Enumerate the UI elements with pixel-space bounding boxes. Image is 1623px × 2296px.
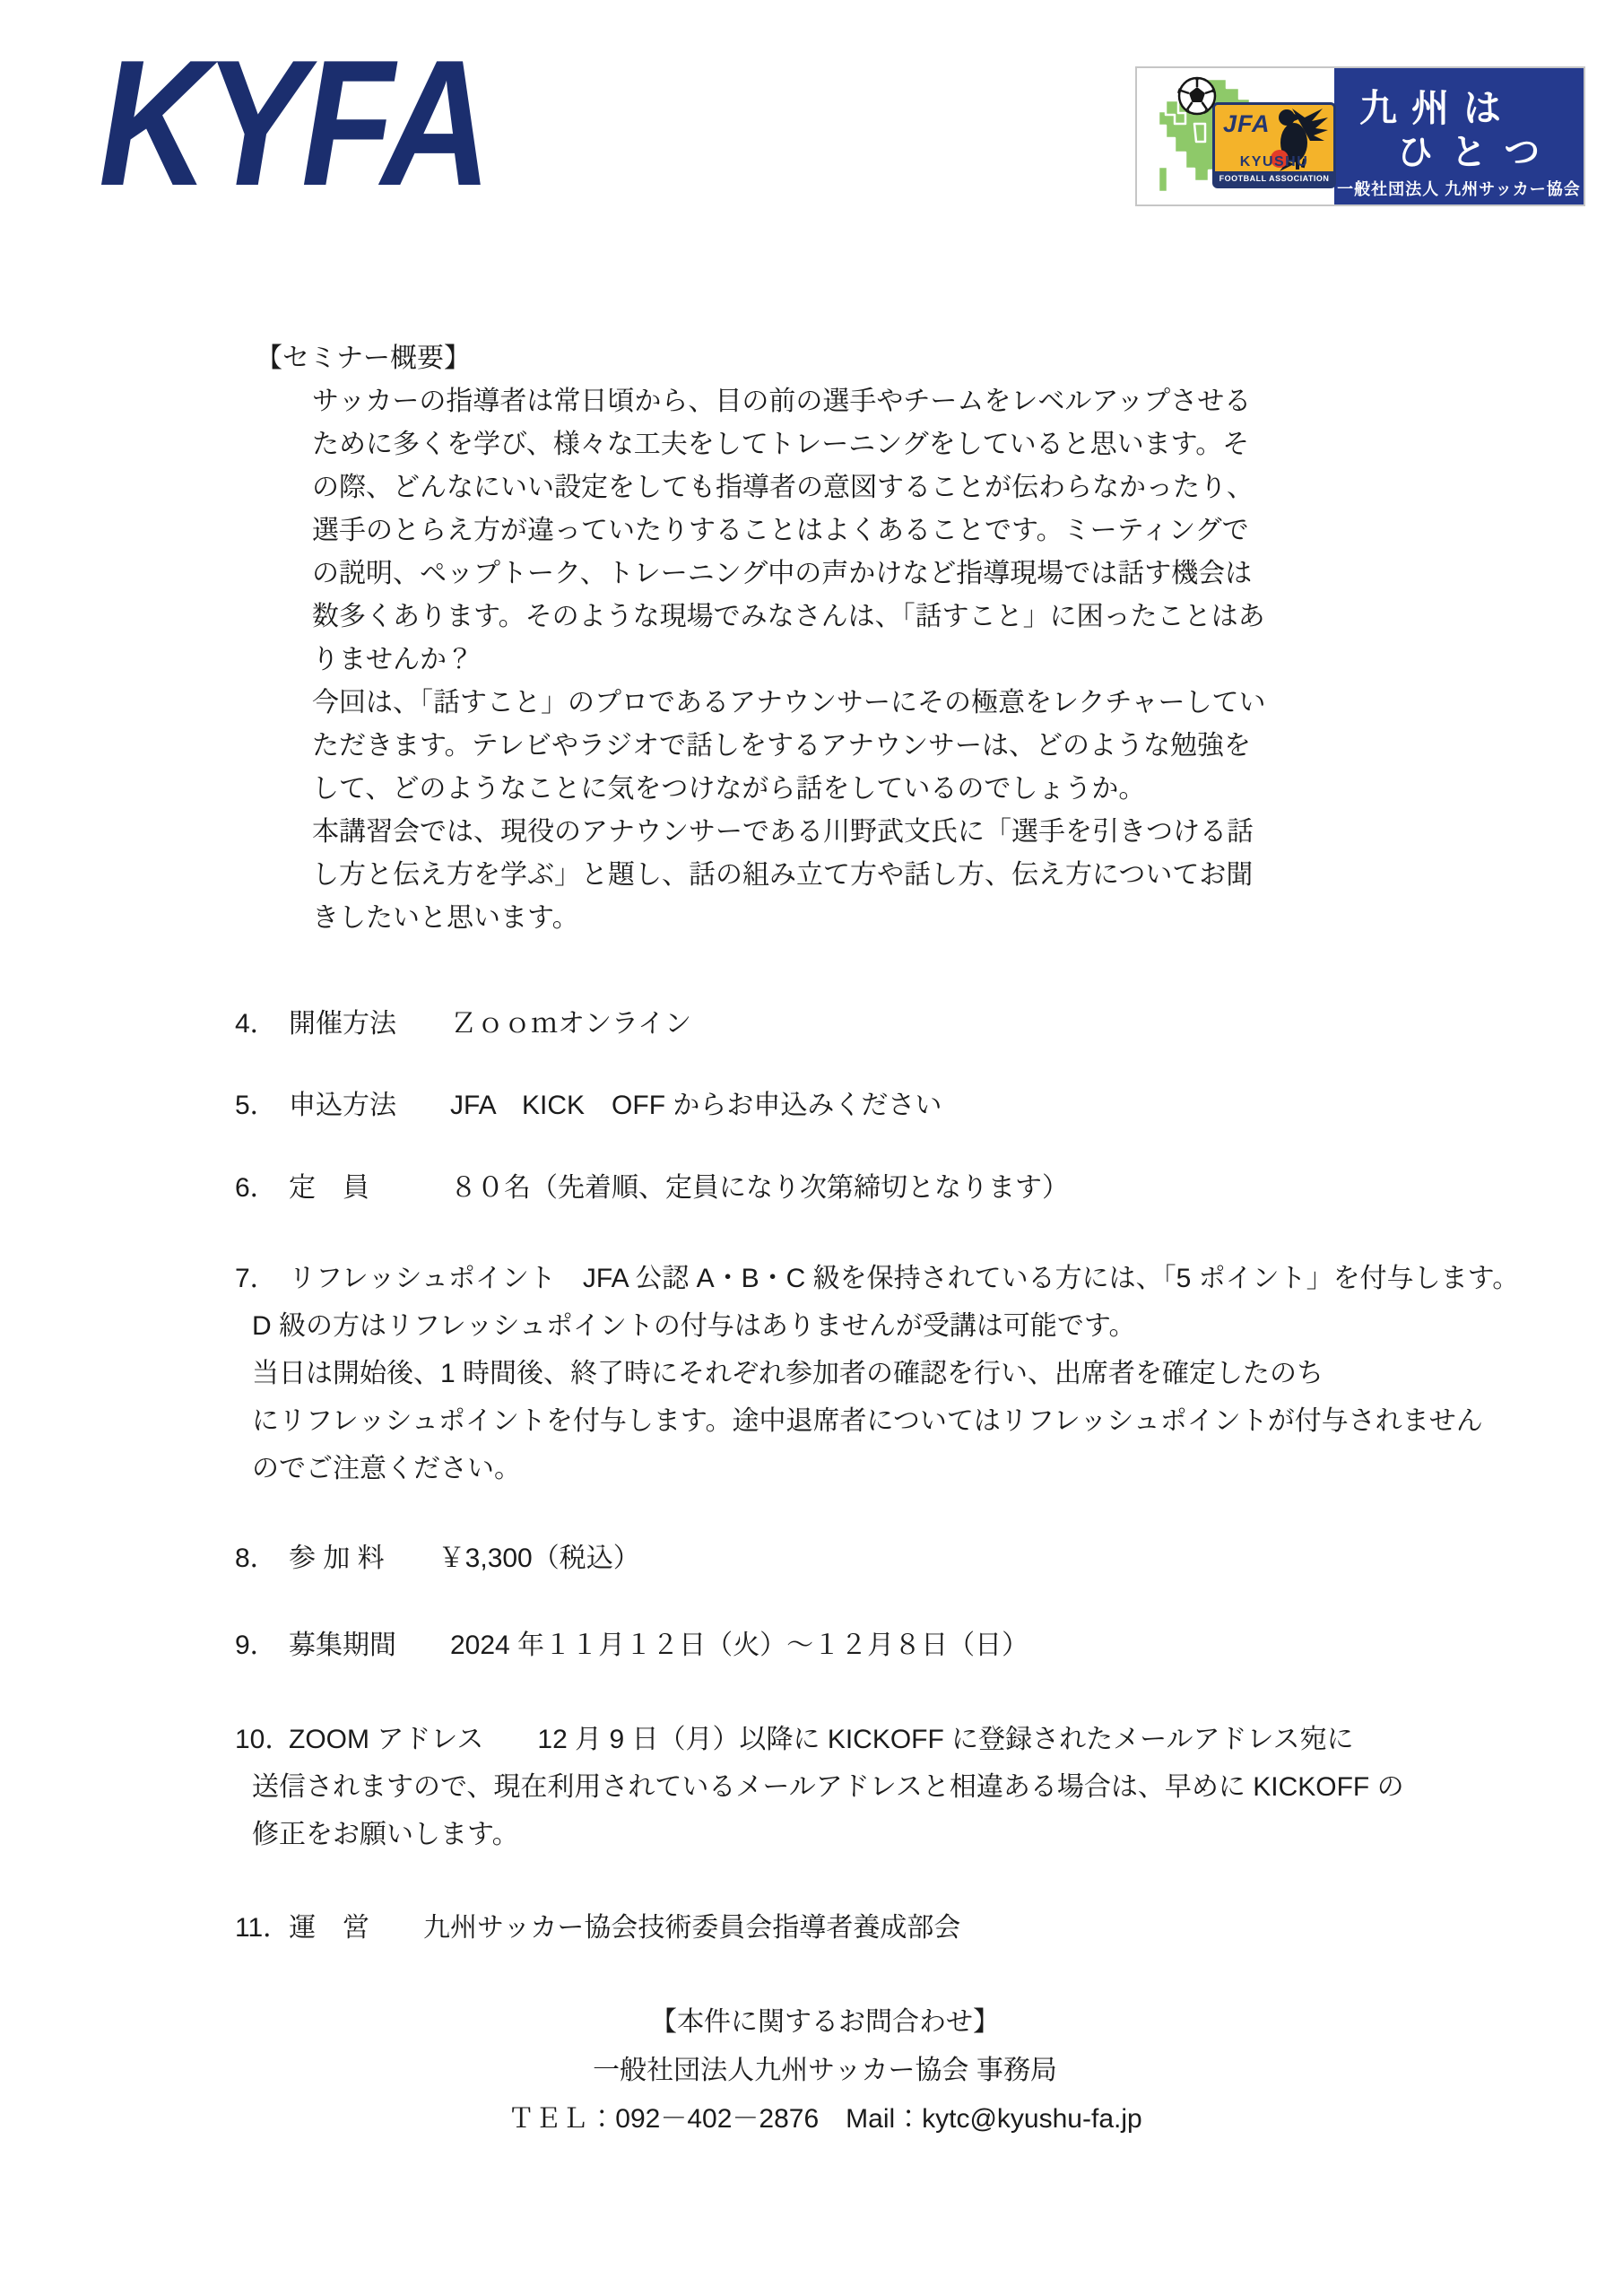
overview-line: 今回は、「話すこと」のプロであるアナウンサーにその極意をレクチャーしてい: [312, 682, 1623, 725]
item-text: 申込方法 JFA KICK OFF からお申込みください: [289, 1082, 942, 1129]
item-text: 開催方法 Ｚｏｏｍオンライン: [289, 1000, 691, 1048]
overview-line: して、どのようなことに気をつけながら話をしているのでしょうか。: [312, 768, 1623, 811]
overview-line: の説明、ペップトーク、トレーニング中の声かけなど指導現場では話す機会は: [312, 552, 1623, 596]
jfa-badge-association-label: FOOTBALL ASSOCIATION: [1215, 171, 1333, 186]
item-4-method: 4． 開催方法 Ｚｏｏｍオンライン: [235, 1000, 1623, 1048]
item-11-management: 11． 運 営 九州サッカー協会技術委員会指導者養成部会: [235, 1904, 1623, 1952]
document-body: 【セミナー概要】 サッカーの指導者は常日頃から、目の前の選手やチームをレベルアッ…: [0, 0, 1623, 2144]
kyushu-map-panel: JFA KYUSHU FOOTBALL ASSOCIATION: [1137, 68, 1334, 204]
item-text: 募集期間 2024 年１１月１２日（火）～１２月８日（日）: [289, 1622, 1028, 1669]
overview-line: ただきます。テレビやラジオで話しをするアナウンサーは、どのような勉強を: [312, 725, 1623, 768]
item-text-continuation: 当日は開始後、1 時間後、終了時にそれぞれ参加者の確認を行い、出席者を確定したの…: [252, 1350, 1623, 1397]
seminar-overview-paragraph: サッカーの指導者は常日頃から、目の前の選手やチームをレベルアップさせる ために多…: [312, 380, 1623, 940]
contact-heading: 【本件に関するお問合わせ】: [13, 1998, 1623, 2047]
item-number: 8．: [235, 1535, 289, 1582]
item-text: 運 営 九州サッカー協会技術委員会指導者養成部会: [289, 1904, 960, 1952]
overview-line: 選手のとらえ方が違っていたりすることはよくあることです。ミーティングで: [312, 509, 1623, 552]
slogan-line-2: ひとつ: [1397, 124, 1558, 175]
overview-line: し方と伝え方を学ぶ」と題し、話の組み立て方や話し方、伝え方についてお聞: [312, 854, 1623, 897]
item-10-zoom-address: 10． ZOOM アドレス 12 月 9 日（月）以降に KICKOFF に登録…: [235, 1716, 1623, 1858]
item-number: 4．: [235, 1000, 289, 1048]
soccer-ball-icon: [1176, 75, 1218, 117]
item-text-continuation: にリフレッシュポイントを付与します。途中退席者についてはリフレッシュポイントが付…: [252, 1397, 1623, 1445]
item-number: 7．: [235, 1255, 289, 1302]
slogan-panel: 九州は ひとつ 一般社団法人 九州サッカー協会: [1334, 68, 1584, 204]
item-7-refresh-points: 7． リフレッシュポイント JFA 公認 A・B・C 級を保持されている方には、…: [235, 1255, 1623, 1492]
contact-block: 【本件に関するお問合わせ】 一般社団法人九州サッカー協会 事務局 ＴＥＬ：092…: [13, 1998, 1623, 2144]
jfa-kyushu-badge: JFA KYUSHU FOOTBALL ASSOCIATION: [1212, 102, 1336, 188]
item-9-recruitment-period: 9． 募集期間 2024 年１１月１２日（火）～１２月８日（日）: [235, 1622, 1623, 1669]
item-number: 6．: [235, 1164, 289, 1212]
seminar-overview-heading: 【セミナー概要】: [256, 337, 1623, 380]
overview-line: 本講習会では、現役のアナウンサーである川野武文氏に「選手を引きつける話: [312, 811, 1623, 854]
item-text: 定 員 ８０名（先着順、定員になり次第締切となります）: [289, 1164, 1069, 1212]
numbered-items: 4． 開催方法 Ｚｏｏｍオンライン 5． 申込方法 JFA KICK OFF か…: [235, 1000, 1623, 1952]
overview-line: 数多くあります。そのような現場でみなさんは、「話すこと」に困ったことはあ: [312, 596, 1623, 639]
contact-org: 一般社団法人九州サッカー協会 事務局: [13, 2047, 1623, 2095]
item-5-application: 5． 申込方法 JFA KICK OFF からお申込みください: [235, 1082, 1623, 1129]
item-6-capacity: 6． 定 員 ８０名（先着順、定員になり次第締切となります）: [235, 1164, 1623, 1212]
jfa-badge-kyushu-label: KYUSHU: [1215, 154, 1333, 170]
item-number: 10．: [235, 1716, 289, 1763]
item-text-continuation: のでご注意ください。: [252, 1445, 1623, 1492]
item-text: リフレッシュポイント JFA 公認 A・B・C 級を保持されている方には、「5 …: [289, 1255, 1519, 1302]
kyfa-logo: KYFA: [99, 34, 487, 213]
association-caption: 一般社団法人 九州サッカー協会: [1334, 177, 1584, 200]
overview-line: ために多くを学び、様々な工夫をしてトレーニングをしていると思います。そ: [312, 423, 1623, 466]
document-page: KYFA: [0, 0, 1623, 2296]
overview-line: きしたいと思います。: [312, 897, 1623, 940]
item-number: 9．: [235, 1622, 289, 1669]
overview-line: りませんか？: [312, 639, 1623, 682]
item-text-continuation: 送信されますので、現在利用されているメールアドレスと相違ある場合は、早めに KI…: [252, 1763, 1623, 1811]
item-text-continuation: D 級の方はリフレッシュポイントの付与はありませんが受講は可能です。: [252, 1302, 1623, 1350]
item-number: 11．: [235, 1904, 289, 1952]
item-text-continuation: 修正をお願いします。: [252, 1811, 1623, 1858]
item-text: ZOOM アドレス 12 月 9 日（月）以降に KICKOFF に登録されたメ…: [289, 1716, 1354, 1763]
kyushu-fa-banner: JFA KYUSHU FOOTBALL ASSOCIATION: [1135, 66, 1585, 206]
overview-line: サッカーの指導者は常日頃から、目の前の選手やチームをレベルアップさせる: [312, 380, 1623, 423]
item-text: 参 加 料 ￥3,300（税込）: [289, 1535, 640, 1582]
item-number: 5．: [235, 1082, 289, 1129]
contact-tel-mail: ＴＥＬ：092－402－2876 Mail：kytc@kyushu-fa.jp: [13, 2095, 1623, 2144]
overview-line: の際、どんなにいい設定をしても指導者の意図することが伝わらなかったり、: [312, 466, 1623, 509]
item-8-fee: 8． 参 加 料 ￥3,300（税込）: [235, 1535, 1623, 1582]
